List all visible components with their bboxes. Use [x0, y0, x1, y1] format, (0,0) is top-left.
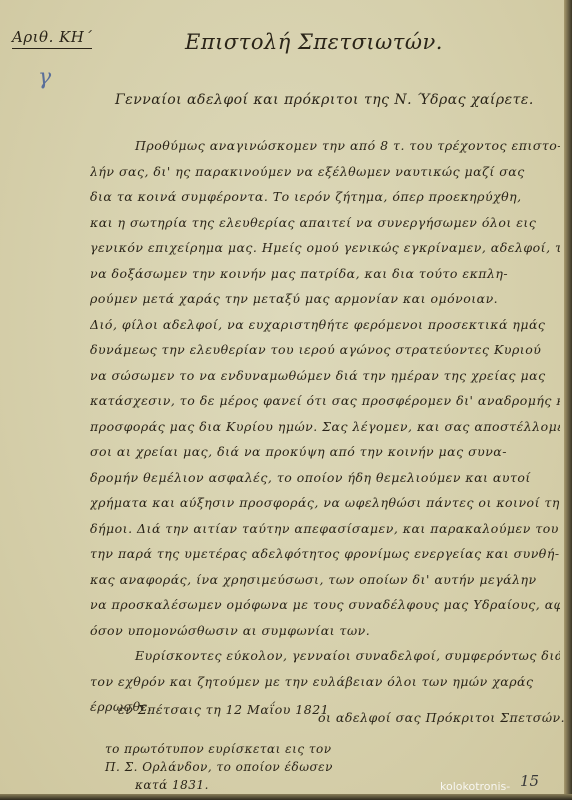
body-line: τον εχθρόν και ζητούμεν με την ευλάβειαν…: [90, 674, 560, 700]
body-line: σοι αι χρείαι μας, διά να προκύψη από τη…: [90, 444, 560, 470]
body-line: Διό, φίλοι αδελφοί, να ευχαριστηθήτε φερ…: [90, 317, 560, 343]
body-line: Ευρίσκοντες εύκολον, γενναίοι συναδελφοί…: [90, 648, 560, 674]
body-line: Προθύμως αναγινώσκομεν την από 8 τ. του …: [90, 138, 560, 164]
letter-title: Επιστολή Σπετσιωτών.: [185, 30, 443, 54]
body-line: γενικόν επιχείρημα μας. Ημείς ομού γενικ…: [90, 240, 560, 266]
margin-reference-number: Αριθ. ΚΗ΄: [12, 28, 92, 49]
body-line: προσφοράς μας δια Κυρίου ημών. Σας λέγομ…: [90, 419, 560, 445]
body-line: να προσκαλέσωμεν ομόφωνα με τους συναδέλ…: [90, 597, 560, 623]
archive-note-line: Π. Σ. Ορλάνδον, το οποίον έδωσεν: [105, 760, 333, 774]
signatories: οι αδελφοί σας Πρόκριτοι Σπετσών.: [318, 710, 565, 725]
scan-edge-right: [564, 0, 572, 800]
body-line: την παρά της υμετέρας αδελφότητος φρονίμ…: [90, 546, 560, 572]
salutation: Γενναίοι αδελφοί και πρόκριτοι της Ν. Ύδ…: [115, 92, 534, 108]
body-line: δια τα κοινά συμφέροντα. Το ιερόν ζήτημα…: [90, 189, 560, 215]
manuscript-page: Αριθ. ΚΗ΄ γ Επιστολή Σπετσιωτών. Γενναίο…: [0, 0, 566, 794]
scan-edge-bottom: [0, 794, 572, 800]
pencil-annotation: γ: [38, 65, 51, 90]
body-line: δυνάμεως την ελευθερίαν του ιερού αγώνος…: [90, 342, 560, 368]
archive-note-line: κατά 1831.: [135, 778, 209, 792]
letter-body: Προθύμως αναγινώσκομεν την από 8 τ. του …: [90, 138, 560, 725]
archive-note-line: το πρωτότυπον ευρίσκεται εις τον: [105, 742, 332, 756]
body-line: κας αναφοράς, ίνα χρησιμεύσωσι, των οποί…: [90, 572, 560, 598]
body-line: χρήματα και αύξησιν προσφοράς, να ωφεληθ…: [90, 495, 560, 521]
body-line: λήν σας, δι' ης παρακινούμεν να εξέλθωμε…: [90, 164, 560, 190]
body-line: δρομήν θεμέλιον ασφαλές, το οποίον ήδη θ…: [90, 470, 560, 496]
place-and-date: εν Σπέτσαις τη 12 Μαΐου 1821: [118, 702, 329, 717]
body-line: να σώσωμεν το να ενδυναμωθώμεν διά την η…: [90, 368, 560, 394]
body-line: όσον υπομονώσθωσιν αι συμφωνίαι των.: [90, 623, 560, 649]
body-line: να δοξάσωμεν την κοινήν μας πατρίδα, και…: [90, 266, 560, 292]
body-line: κατάσχεσιν, το δε μέρος φανεί ότι σας πρ…: [90, 393, 560, 419]
body-line: και η σωτηρία της ελευθερίας απαιτεί να …: [90, 215, 560, 241]
body-line: δήμοι. Διά την αιτίαν ταύτην απεφασίσαμε…: [90, 521, 560, 547]
body-line: ρούμεν μετά χαράς την μεταξύ μας αρμονία…: [90, 291, 560, 317]
